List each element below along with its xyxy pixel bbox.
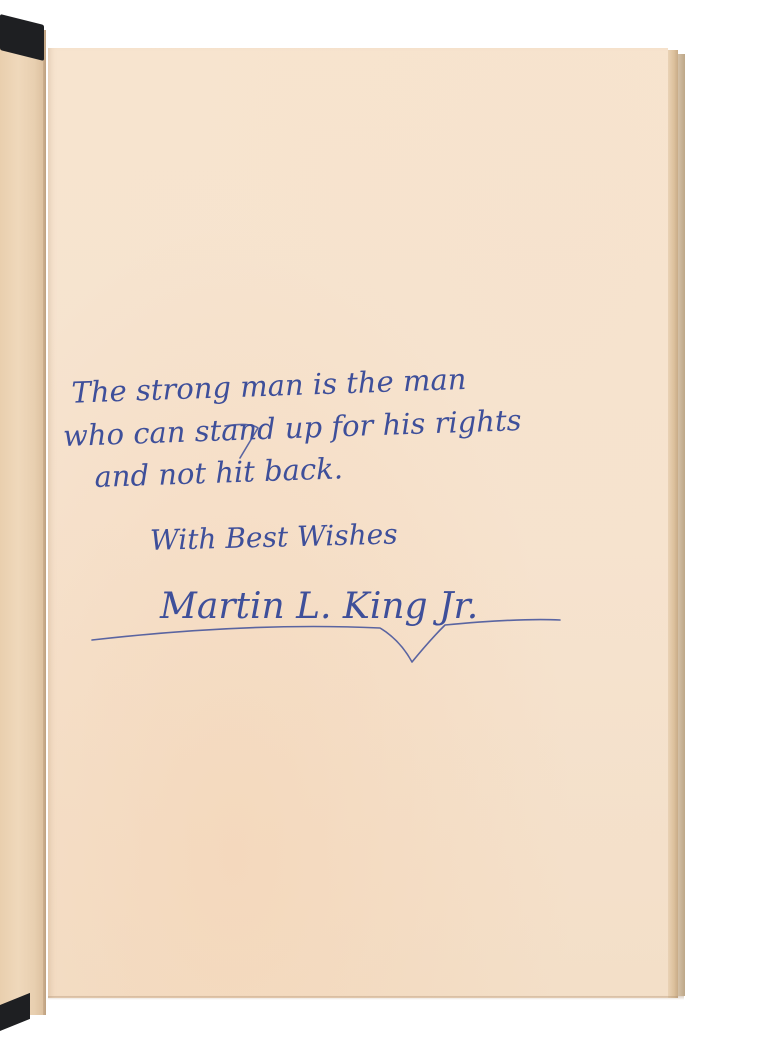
back-board-edge [678, 54, 685, 996]
endpaper-page [48, 48, 668, 998]
photo-stage: The strong man is the man who can stand … [0, 0, 782, 1045]
page-block-edge [668, 50, 678, 998]
book-hinge-left [0, 30, 46, 1015]
page-bottom-shadow [48, 996, 684, 1000]
